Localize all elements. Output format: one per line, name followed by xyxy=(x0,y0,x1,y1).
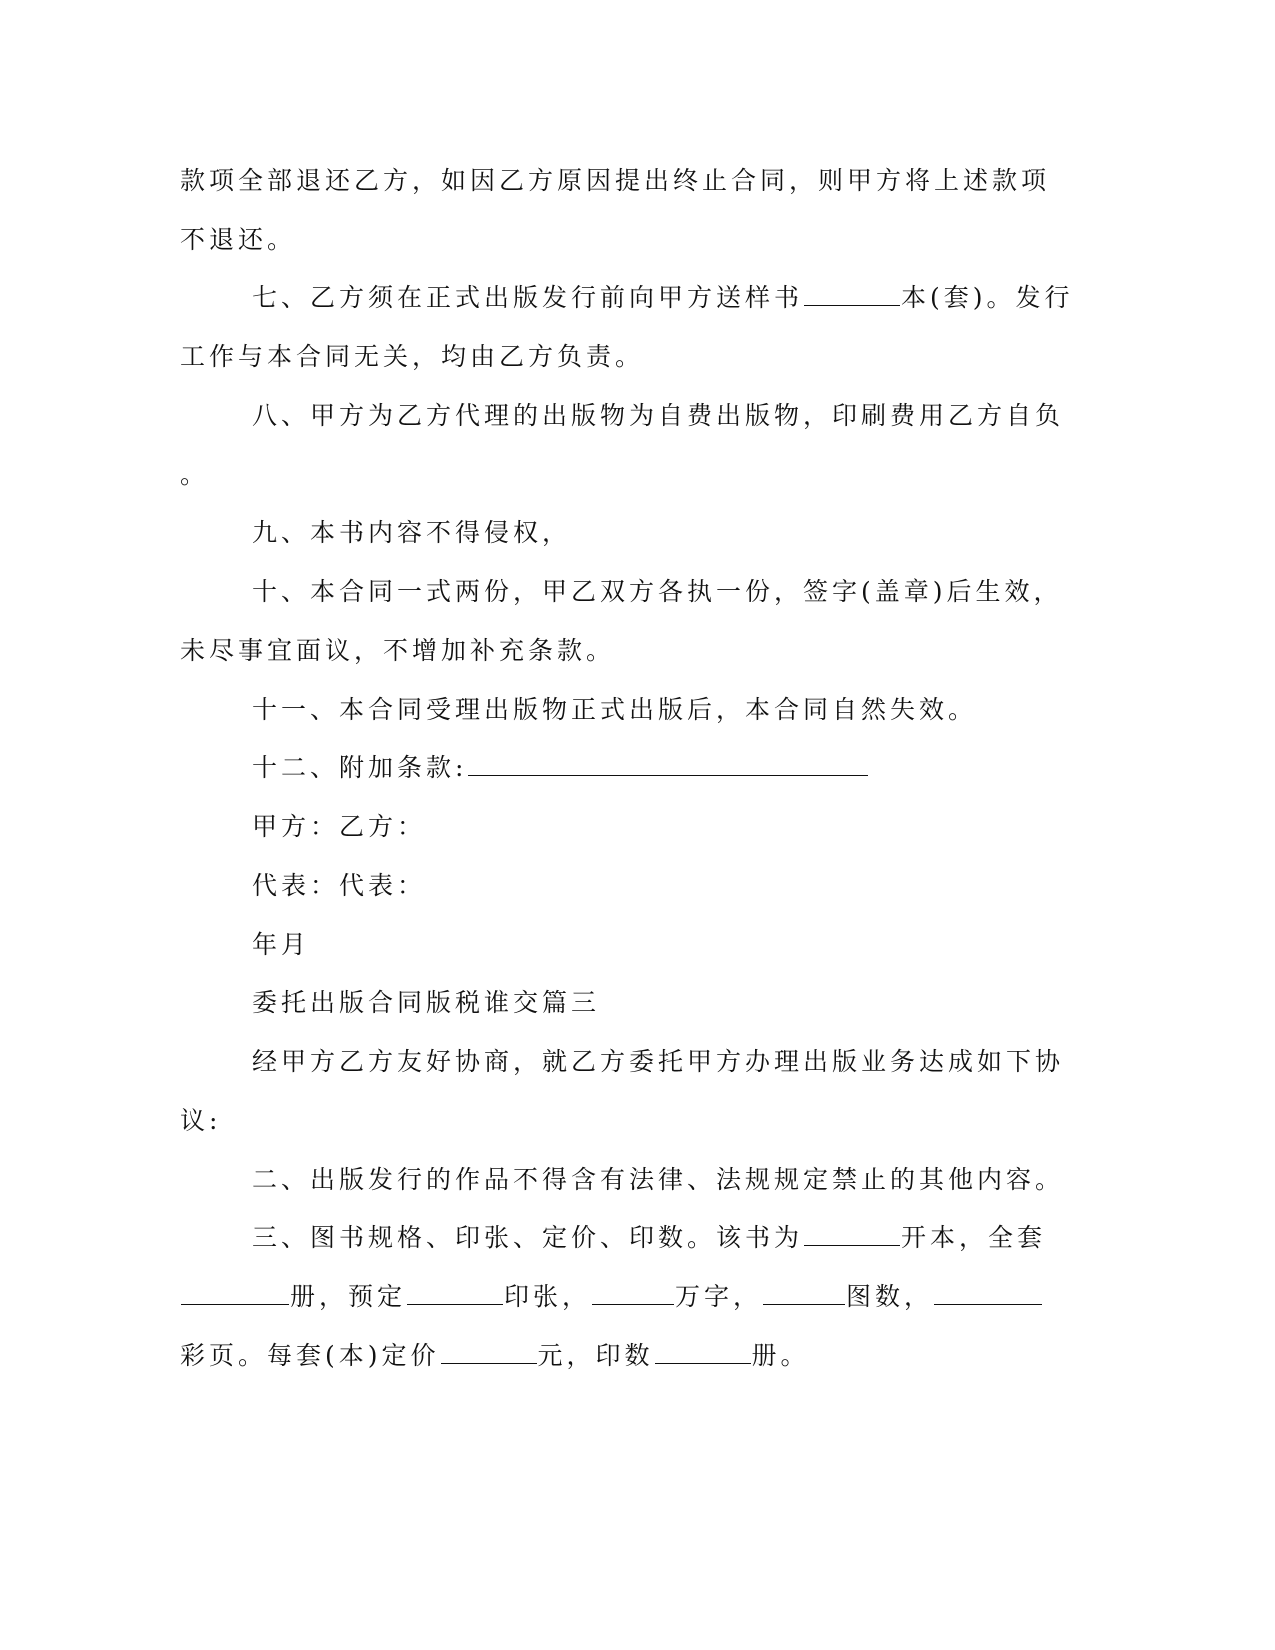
text: 印张， xyxy=(504,1282,591,1311)
text: 开本，全套 xyxy=(901,1223,1046,1252)
paragraph-line: 彩页。每套(本)定价元，印数册。 xyxy=(180,1341,1040,1371)
document-page: 款项全部退还乙方，如因乙方原因提出终止合同，则甲方将上述款项 不退还。 七、乙方… xyxy=(0,0,1275,1650)
text: 经甲方乙方友好协商，就乙方委托甲方办理出版业务达成如下协 xyxy=(252,1047,1064,1076)
paragraph-line: 款项全部退还乙方，如因乙方原因提出终止合同，则甲方将上述款项 xyxy=(180,166,1040,196)
text: 。 xyxy=(180,460,209,489)
clause-9-line: 九、本书内容不得侵权， xyxy=(252,518,1042,548)
clause-2-line: 二、出版发行的作品不得含有法律、法规规定禁止的其他内容。 xyxy=(252,1165,1042,1195)
text: 册，预定 xyxy=(290,1282,406,1311)
text: 年月 xyxy=(252,930,310,959)
paragraph-line: 工作与本合同无关，均由乙方负责。 xyxy=(180,342,1040,372)
text: 九、本书内容不得侵权， xyxy=(252,518,571,547)
text: 未尽事宜面议，不增加补充条款。 xyxy=(180,636,615,665)
text: 十、本合同一式两份，甲乙双方各执一份，签字(盖章)后生效， xyxy=(252,577,1063,606)
text: 十二、附加条款: xyxy=(252,753,467,782)
text: 万字， xyxy=(675,1282,762,1311)
text: 议: xyxy=(180,1106,221,1135)
fill-blank-format xyxy=(804,1223,900,1246)
text: 彩页。每套(本)定价 xyxy=(180,1341,440,1370)
paragraph-line: 不退还。 xyxy=(180,225,1040,255)
fill-blank-additional-terms xyxy=(468,753,868,776)
representative-line: 代表：代表： xyxy=(252,871,1042,901)
text: 不退还。 xyxy=(180,225,296,254)
text: 本(套)。发行 xyxy=(901,283,1074,312)
clause-12-line: 十二、附加条款: xyxy=(252,753,1042,783)
text: 元，印数 xyxy=(538,1341,654,1370)
fill-blank-words xyxy=(592,1282,674,1305)
paragraph-line: 未尽事宜面议，不增加补充条款。 xyxy=(180,636,1040,666)
paragraph-line: 册，预定印张，万字，图数， xyxy=(180,1282,1040,1312)
text: 七、乙方须在正式出版发行前向甲方送样书 xyxy=(252,283,803,312)
fill-blank-volumes xyxy=(181,1282,289,1305)
text: 款项全部退还乙方，如因乙方原因提出终止合同，则甲方将上述款项 xyxy=(180,166,1050,195)
fill-blank-sheets xyxy=(407,1282,503,1305)
text: 三、图书规格、印张、定价、印数。该书为 xyxy=(252,1223,803,1252)
fill-blank-figures xyxy=(763,1282,845,1305)
intro-line: 经甲方乙方友好协商，就乙方委托甲方办理出版业务达成如下协 xyxy=(252,1047,1042,1077)
paragraph-line: 议: xyxy=(180,1106,1040,1136)
fill-blank-sample-count xyxy=(804,283,900,306)
party-line: 甲方：乙方： xyxy=(252,812,1042,842)
text: 图数， xyxy=(846,1282,933,1311)
text: 十一、本合同受理出版物正式出版后，本合同自然失效。 xyxy=(252,695,977,724)
text: 委托出版合同版税谁交篇三 xyxy=(252,988,600,1017)
clause-10-line: 十、本合同一式两份，甲乙双方各执一份，签字(盖章)后生效， xyxy=(252,577,1042,607)
text: 册。 xyxy=(752,1341,810,1370)
clause-11-line: 十一、本合同受理出版物正式出版后，本合同自然失效。 xyxy=(252,695,1042,725)
fill-blank-price xyxy=(441,1341,537,1364)
clause-8-line: 八、甲方为乙方代理的出版物为自费出版物，印刷费用乙方自负 xyxy=(252,401,1042,431)
section-heading: 委托出版合同版税谁交篇三 xyxy=(252,988,1042,1018)
clause-7-line: 七、乙方须在正式出版发行前向甲方送样书本(套)。发行 xyxy=(252,283,1042,313)
text: 代表：代表： xyxy=(252,871,426,900)
clause-3-line: 三、图书规格、印张、定价、印数。该书为开本，全套 xyxy=(252,1223,1042,1253)
text: 二、出版发行的作品不得含有法律、法规规定禁止的其他内容。 xyxy=(252,1165,1064,1194)
fill-blank-color-pages xyxy=(934,1282,1042,1305)
date-line: 年月 xyxy=(252,930,1042,960)
text: 工作与本合同无关，均由乙方负责。 xyxy=(180,342,644,371)
text: 甲方：乙方： xyxy=(252,812,426,841)
paragraph-line: 。 xyxy=(180,460,1040,490)
text: 八、甲方为乙方代理的出版物为自费出版物，印刷费用乙方自负 xyxy=(252,401,1064,430)
fill-blank-print-run xyxy=(655,1341,751,1364)
